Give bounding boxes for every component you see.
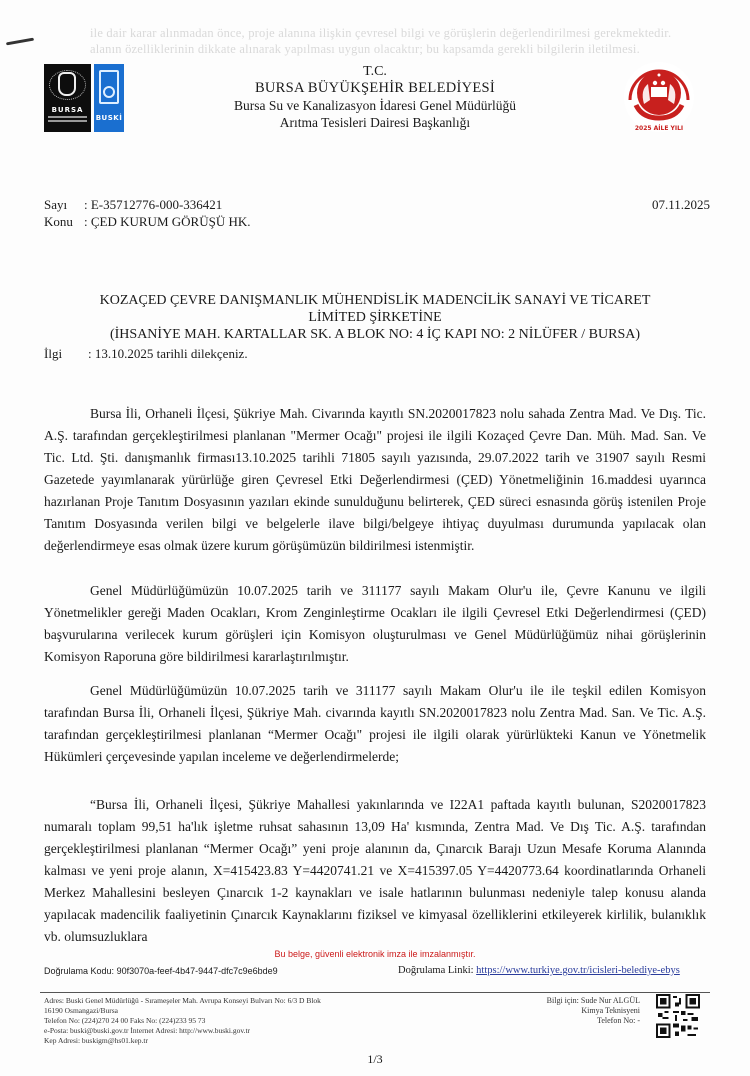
recipient-address: (İHSANİYE MAH. KARTALLAR SK. A BLOK NO: … [44, 326, 706, 343]
recipient-line: LİMİTED ŞİRKETİNE [44, 309, 706, 326]
body-paragraph-1: Bursa İli, Orhaneli İlçesi, Şükriye Mah.… [44, 403, 706, 557]
footer-divider [40, 992, 710, 993]
buski-logo: BUSKİ [94, 64, 124, 132]
tc-label: T.C. [200, 63, 550, 80]
footer-contact-block: Bilgi için: Sude Nur ALGÜL Kimya Teknisy… [500, 996, 640, 1026]
verification-code-value: 90f3070a-feef-4b47-9447-dfc7c9e6bde9 [117, 966, 278, 976]
sayi-row: Sayı: E-35712776-000-336421 [44, 197, 222, 213]
recipient-block: KOZAÇED ÇEVRE DANIŞMANLIK MÜHENDİSLİK MA… [44, 292, 706, 343]
bleed-through-text: ile dair karar alınmadan önce, proje ala… [90, 26, 720, 41]
contact-title: Kimya Teknisyeni [500, 1006, 640, 1016]
family-year-logo: 2025 AİLE YILI [622, 60, 696, 134]
qr-code-icon [656, 994, 700, 1038]
paragraph-text: Bursa İli, Orhaneli İlçesi, Şükriye Mah.… [44, 403, 706, 557]
emblem-icon [58, 72, 76, 96]
konu-label: Konu [44, 214, 84, 230]
verification-code: Doğrulama Kodu: 90f3070a-feef-4b47-9447-… [44, 966, 278, 976]
ilgi-label: İlgi [44, 346, 88, 362]
logo-subtext-lines [48, 116, 87, 118]
bleed-through-text: alanın özelliklerinin dikkate alınarak y… [90, 42, 720, 57]
verification-link-label: Doğrulama Linki: [398, 965, 474, 976]
body-paragraph-4: “Bursa İli, Orhaneli İlçesi, Şükriye Mah… [44, 794, 706, 948]
verification-link[interactable]: https://www.turkiye.gov.tr/icisleri-bele… [476, 965, 680, 976]
footer-email-web: e-Posta: buski@buski.gov.tr İnternet Adr… [44, 1026, 321, 1036]
letterhead: T.C. BURSA BÜYÜKŞEHİR BELEDİYESİ Bursa S… [200, 63, 550, 131]
document-page: ile dair karar alınmadan önce, proje ala… [0, 0, 750, 1076]
institution-name: BURSA BÜYÜKŞEHİR BELEDİYESİ [200, 80, 550, 97]
page-number: 1/3 [0, 1052, 750, 1067]
sayi-value: : E-35712776-000-336421 [84, 197, 222, 212]
footer-kep: Kep Adresi: buskigm@hs01.kep.tr [44, 1036, 321, 1046]
footer-address: Adres: Buski Genel Müdürlüğü - Sırameşel… [44, 996, 321, 1006]
verification-link-row: Doğrulama Linki: https://www.turkiye.gov… [398, 965, 680, 976]
document-date: 07.11.2025 [652, 197, 710, 213]
bursa-logo-text: BURSA [44, 106, 91, 114]
recipient-line: KOZAÇED ÇEVRE DANIŞMANLIK MÜHENDİSLİK MA… [44, 292, 706, 309]
directorate-name: Bursa Su ve Kanalizasyon İdaresi Genel M… [200, 97, 550, 114]
konu-row: Konu: ÇED KURUM GÖRÜŞÜ HK. [44, 214, 251, 230]
sayi-label: Sayı [44, 197, 84, 213]
bursa-municipality-logo: BURSA [44, 64, 91, 132]
paragraph-text: Genel Müdürlüğümüzün 10.07.2025 tarih ve… [44, 680, 706, 768]
buski-logo-text: BUSKİ [94, 114, 124, 122]
verification-code-label: Doğrulama Kodu: [44, 966, 114, 976]
konu-value: : ÇED KURUM GÖRÜŞÜ HK. [84, 214, 251, 229]
svg-text:2025 AİLE YILI: 2025 AİLE YILI [635, 125, 683, 132]
footer-address-block: Adres: Buski Genel Müdürlüğü - Sırameşel… [44, 996, 321, 1046]
ilgi-row: İlgi: 13.10.2025 tarihli dilekçeniz. [44, 346, 248, 362]
paragraph-text: “Bursa İli, Orhaneli İlçesi, Şükriye Mah… [44, 794, 706, 948]
ilgi-value: : 13.10.2025 tarihli dilekçeniz. [88, 346, 248, 361]
body-paragraph-3: Genel Müdürlüğümüzün 10.07.2025 tarih ve… [44, 680, 706, 768]
esign-notice: Bu belge, güvenli elektronik imza ile im… [0, 949, 750, 959]
footer-address-city: 16190 Osmangazi/Bursa [44, 1006, 321, 1016]
footer-phone: Telefon No: (224)270 24 00 Faks No: (224… [44, 1016, 321, 1026]
pen-mark [6, 38, 34, 46]
contact-person: Bilgi için: Sude Nur ALGÜL [500, 996, 640, 1006]
water-drop-icon [103, 86, 115, 98]
department-name: Arıtma Tesisleri Dairesi Başkanlığı [200, 114, 550, 131]
body-paragraph-2: Genel Müdürlüğümüzün 10.07.2025 tarih ve… [44, 580, 706, 668]
contact-phone: Telefon No: - [500, 1016, 640, 1026]
paragraph-text: Genel Müdürlüğümüzün 10.07.2025 tarih ve… [44, 580, 706, 668]
